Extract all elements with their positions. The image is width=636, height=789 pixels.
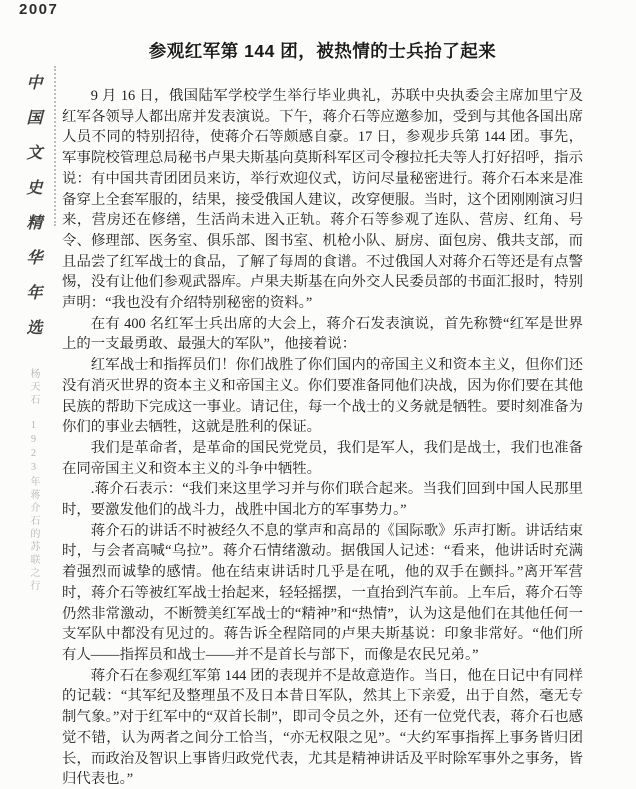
article-paragraph: 蒋介石的讲话不时被经久不息的掌声和高昂的《国际歌》乐声打断。讲话结束时，与会者高… <box>62 521 583 666</box>
article-paragraph: 在有 400 名红军士兵出席的大会上，蒋介石发表演说，首先称赞“红军是世界上的一… <box>62 314 583 355</box>
article-paragraph: 9 月 16 日，俄国陆军学校学生举行毕业典礼，苏联中央执委会主席加里宁及红军各… <box>62 86 583 314</box>
article-title: 参观红军第 144 团，被热情的士兵抬了起来 <box>62 38 583 63</box>
article-paragraph-quote: 红军战士和指挥员们！你们战胜了你们国内的帝国主义和资本主义，但你们还没有消灭世界… <box>62 355 583 438</box>
dotted-divider <box>54 66 56 226</box>
margin-note-author: 杨天石 1923年蒋介石的苏联之行 <box>26 368 41 593</box>
year-label: 2007 <box>19 1 58 18</box>
book-page: 2007 中国文史精华年选 杨天石 1923年蒋介石的苏联之行 参观红军第 14… <box>0 0 636 789</box>
series-title-vertical: 中国文史精华年选 <box>22 74 45 354</box>
article-paragraph-quote: 我们是革命者，是革命的国民党党员，我们是军人，我们是战士，我们也准备在同帝国主义… <box>62 438 583 479</box>
article-paragraph: 蒋介石在参观红军第 144 团的表现并不是故意造作。当日，他在日记中有同样的记载… <box>62 666 583 789</box>
article-paragraph: .蒋介石表示：“我们来这里学习并与你们联合起来。当我们回到中国人民那里时，要激发… <box>62 479 583 520</box>
article: 参观红军第 144 团，被热情的士兵抬了起来 9 月 16 日，俄国陆军学校学生… <box>62 38 583 789</box>
